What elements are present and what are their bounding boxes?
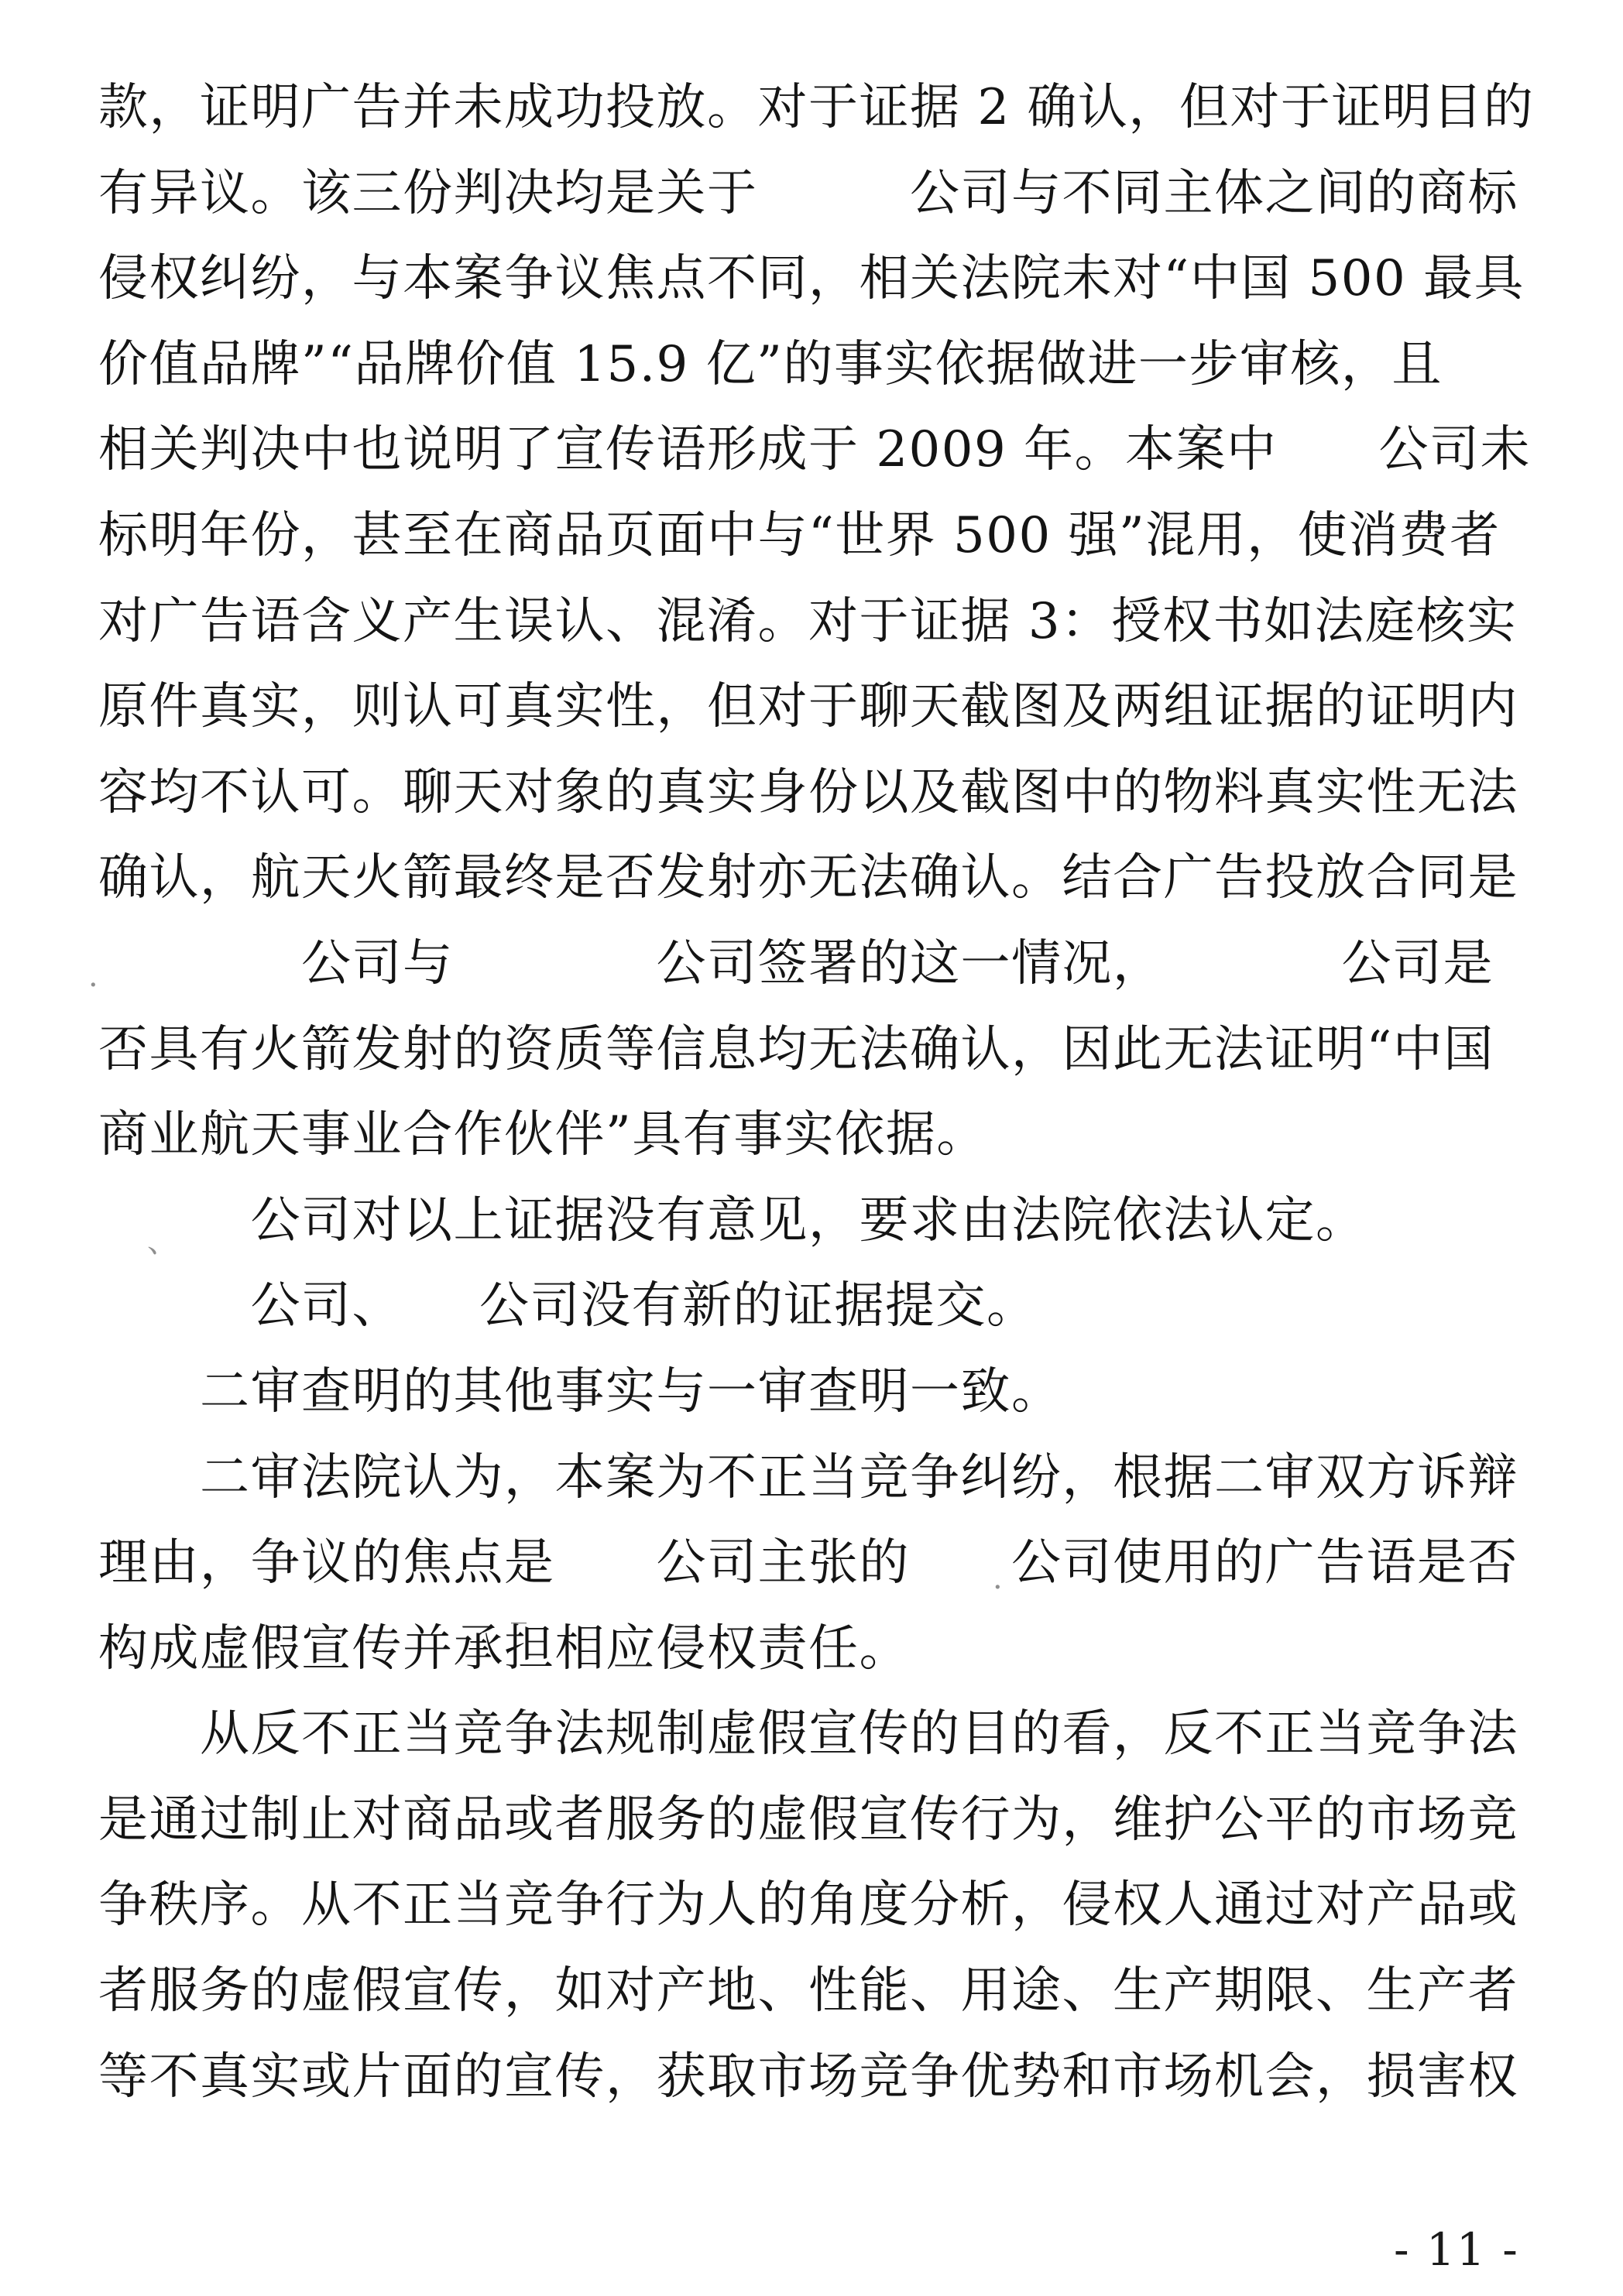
text-line: 确认，航天火箭最终是否发射亦无法确认。结合广告投放合同是 xyxy=(98,835,1531,921)
text-line: 有异议。该三份判决均是关于 公司与不同主体之间的商标 xyxy=(98,151,1531,237)
document-body: 款，证明广告并未成功投放。对于证据 2 确认，但对于证明目的有异议。该三份判决均… xyxy=(98,65,1531,2120)
text-line: 从反不正当竞争法规制虚假宣传的目的看，反不正当竞争法 xyxy=(98,1691,1531,1777)
page-number: - 11 - xyxy=(1394,2223,1519,2276)
text-line: 公司对以上证据没有意见，要求由法院依法认定。 xyxy=(98,1178,1531,1264)
text-line: 标明年份，甚至在商品页面中与“世界 500 强”混用，使消费者 xyxy=(98,493,1531,579)
text-line: 者服务的虚假宣传，如对产地、性能、用途、生产期限、生产者 xyxy=(98,1948,1531,2034)
text-line: 商业航天事业合作伙伴”具有事实依据。 xyxy=(98,1092,1531,1178)
text-line: 争秩序。从不正当竞争行为人的角度分析，侵权人通过对产品或 xyxy=(98,1863,1531,1948)
text-line: 二审法院认为，本案为不正当竞争纠纷，根据二审双方诉辩 xyxy=(98,1435,1531,1521)
text-line: 相关判决中也说明了宣传语形成于 2009 年。本案中 公司未 xyxy=(98,407,1531,493)
text-line: 款，证明广告并未成功投放。对于证据 2 确认，但对于证明目的 xyxy=(98,65,1531,151)
scan-artifact: · xyxy=(88,968,98,1003)
text-line: 价值品牌”“品牌价值 15.9 亿”的事实依据做进一步审核，且 xyxy=(98,322,1531,408)
scanned-judgment-page: 款，证明广告并未成功投放。对于证据 2 确认，但对于证明目的有异议。该三份判决均… xyxy=(0,0,1623,2296)
text-line: 二审查明的其他事实与一审查明一致。 xyxy=(98,1349,1531,1435)
text-line: 原件真实，则认可真实性，但对于聊天截图及两组证据的证明内 xyxy=(98,664,1531,750)
text-line: 等不真实或片面的宣传，获取市场竞争优势和市场机会，损害权 xyxy=(98,2034,1531,2120)
text-line: 理由，争议的焦点是 公司主张的 公司使用的广告语是否 xyxy=(98,1520,1531,1606)
text-line: 容均不认可。聊天对象的真实身份以及截图中的物料真实性无法 xyxy=(98,750,1531,836)
text-line: 公司与 公司签署的这一情况， 公司是 xyxy=(98,921,1531,1007)
text-line: 构成虚假宣传并承担相应侵权责任。 xyxy=(98,1606,1531,1692)
text-line: 对广告语含义产生误认、混淆。对于证据 3：授权书如法庭核实 xyxy=(98,579,1531,665)
text-line: 侵权纠纷，与本案争议焦点不同，相关法院未对“中国 500 最具 xyxy=(98,236,1531,322)
text-line: 公司、 公司没有新的证据提交。 xyxy=(98,1263,1531,1349)
text-line: 是通过制止对商品或者服务的虚假宣传行为，维护公平的市场竞 xyxy=(98,1777,1531,1863)
text-line: 否具有火箭发射的资质等信息均无法确认，因此无法证明“中国 xyxy=(98,1007,1531,1093)
